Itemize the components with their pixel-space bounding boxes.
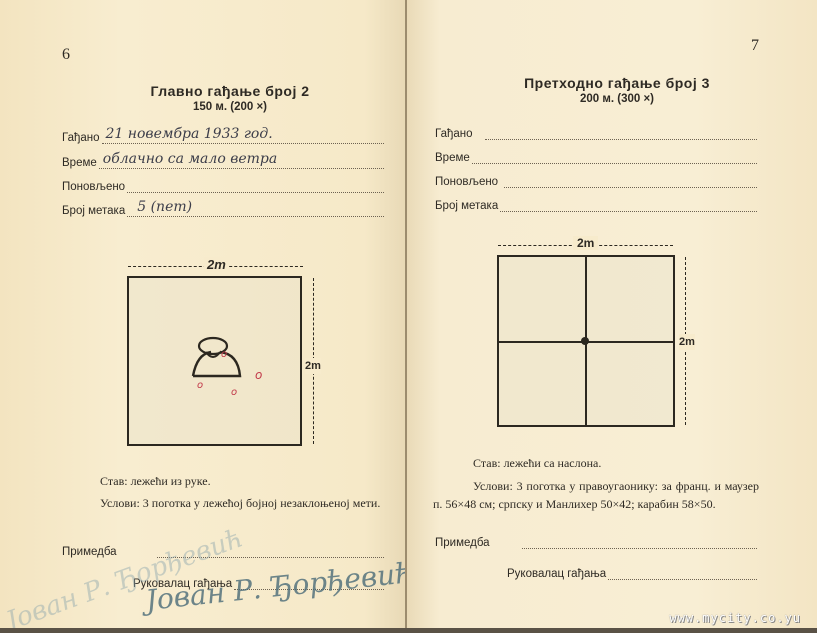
- field-label: Примедба: [62, 546, 117, 558]
- field-line: [504, 175, 757, 188]
- field-line: [500, 199, 757, 212]
- field-line: [127, 180, 384, 193]
- conditions-text: Услови: 3 поготка у правоугаонику: за фр…: [433, 477, 759, 513]
- field-label: Време: [62, 157, 97, 169]
- page-number: 6: [62, 46, 70, 64]
- page-subtitle: 150 м. (200 ×): [100, 101, 360, 113]
- field-line: [485, 127, 757, 140]
- page-title: Главно гађање број 2: [100, 83, 360, 99]
- field-label: Гађано: [435, 128, 473, 140]
- page-number: 7: [751, 37, 759, 55]
- field-weather: Време облачно са мало ветра: [62, 153, 384, 169]
- field-supervisor: Руковалац гађања: [507, 564, 757, 580]
- right-page: 7 Претходно гађање број 3 200 м. (300 ×)…: [407, 0, 817, 628]
- conditions-text: Услови: 3 поготка у лежећој бојној незак…: [60, 494, 386, 512]
- field-date: Гађано: [435, 124, 757, 140]
- soldier-silhouette-icon: [129, 278, 299, 443]
- watermark-text: www.mycity.co.yu: [669, 611, 801, 625]
- aim-point-icon: [581, 337, 589, 345]
- field-line: [472, 151, 757, 164]
- height-dimension-label: 2m: [679, 334, 695, 350]
- field-line: [608, 567, 757, 580]
- field-rounds: Број метака 5 (пет): [62, 201, 384, 217]
- width-dimension-label: 2m: [204, 257, 229, 272]
- stance-text: Став: лежећи са наслона.: [433, 454, 759, 472]
- field-label: Број метака: [62, 205, 125, 217]
- handwritten-value: 5 (пет): [137, 199, 192, 215]
- hit-mark: o: [221, 349, 227, 360]
- field-remark: Примедба: [435, 533, 757, 549]
- hit-mark: o: [231, 387, 237, 398]
- target-frame: [497, 255, 675, 427]
- hit-mark: o: [197, 380, 203, 391]
- field-line: [522, 536, 757, 549]
- field-label: Примедба: [435, 537, 490, 549]
- field-line: облачно са мало ветра: [99, 156, 384, 169]
- left-page: 6 Главно гађање број 2 150 м. (200 ×) Га…: [0, 0, 405, 628]
- field-weather: Време: [435, 148, 757, 164]
- field-label: Руковалац гађања: [507, 568, 606, 580]
- page-title: Претходно гађање број 3: [467, 75, 767, 91]
- width-dimension-label: 2m: [573, 236, 598, 250]
- field-label: Поновљено: [435, 176, 498, 188]
- field-label: Поновљено: [62, 181, 125, 193]
- book-bottom-edge: [0, 628, 817, 633]
- field-date: Гађано 21 новембра 1933 год.: [62, 128, 384, 144]
- handwritten-value: облачно са мало ветра: [103, 151, 277, 167]
- field-line: 21 новембра 1933 год.: [102, 131, 384, 144]
- handwritten-value: 21 новембра 1933 год.: [106, 126, 273, 142]
- hit-mark: o: [255, 368, 262, 382]
- page-subtitle: 200 м. (300 ×): [467, 93, 767, 105]
- field-label: Време: [435, 152, 470, 164]
- field-label: Број метака: [435, 200, 498, 212]
- field-line: 5 (пет): [127, 204, 384, 217]
- stance-text: Став: лежећи из руке.: [60, 472, 386, 490]
- height-dimension-label: 2m: [305, 358, 321, 374]
- field-rounds: Број метака: [435, 196, 757, 212]
- field-repeated: Поновљено: [435, 172, 757, 188]
- field-label: Гађано: [62, 132, 100, 144]
- field-repeated: Поновљено: [62, 177, 384, 193]
- target-frame: o o o o: [127, 276, 302, 446]
